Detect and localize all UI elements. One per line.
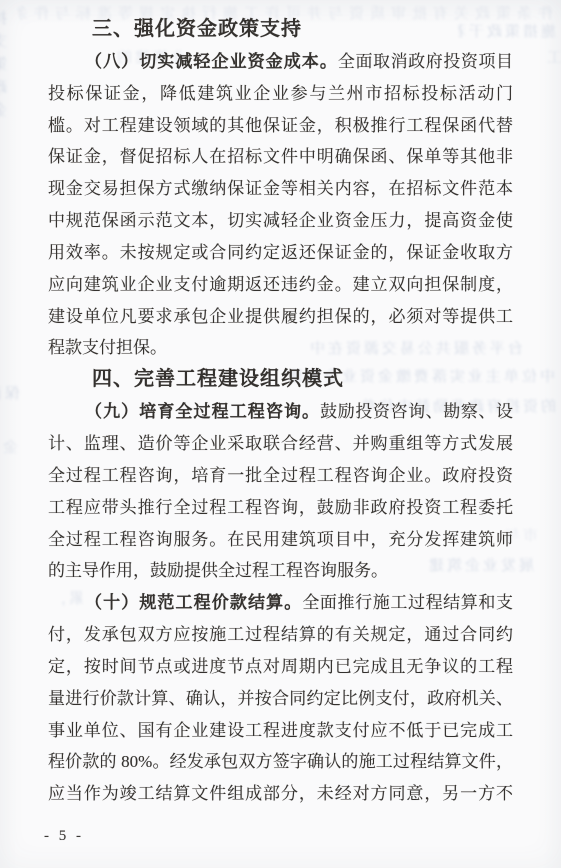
text-line: 现金交易担保方式缴纳保证金等相关内容，在招标文件范本 xyxy=(48,173,513,205)
text-line: 全过程工程咨询，培育一批全过程工程咨询企业。政府投资 xyxy=(48,460,513,492)
document-body: 三、强化资金政策支持（八）切实减轻企业资金成本。全面取消政府投资项目投标保证金，… xyxy=(48,14,513,810)
text-line: 中规范保函示范文本，切实减轻企业资金压力，提高资金使 xyxy=(48,205,513,237)
text-line: 付，发承包双方应按施工过程结算的有关规定，通过合同约 xyxy=(48,619,513,651)
bleedthrough-text: 持支策政金资化强 xyxy=(0,10,13,120)
clause-title: （八）切实减轻企业资金成本。 xyxy=(85,52,338,71)
text-line: 保证金，督促招标人在招标文件中明确保函、保单等其他非 xyxy=(48,141,513,173)
text-line: 工程应带头推行全过程工程咨询，鼓励非政府投资工程委托 xyxy=(48,492,513,524)
text-line: （十）规范工程价款结算。全面推行施工过程结算和支 xyxy=(48,587,513,619)
bleedthrough-text: 工 xyxy=(536,50,561,68)
document-page: 件条策政关有批审质资与并可许工施行执定规等准标与件条策政关有施措策政干若业筑建的… xyxy=(0,0,561,868)
text-line: 计、监理、造价等企业采取联合经营、并购重组等方式发展 xyxy=(48,428,513,460)
text-line: 全过程工程咨询服务。在民用建筑项目中，充分发挥建筑师 xyxy=(48,524,513,556)
bleedthrough-text: 金 xyxy=(0,440,18,458)
section-heading: 三、强化资金政策支持 xyxy=(48,14,513,46)
text-line: 定，按时间节点或进度节点对周期内已完成且无争议的工程 xyxy=(48,651,513,683)
text-line: 建设单位凡要求承包企业提供履约担保的，必须对等提供工 xyxy=(48,301,513,333)
text-line: 事业单位、国有企业建设工程进度款支付应不低于已完成工 xyxy=(48,715,513,747)
clause-title: （九）培育全过程工程咨询。 xyxy=(85,402,320,421)
text-line: 槛。对工程建设领域的其他保证金，积极推行工程保函代替 xyxy=(48,110,513,142)
section-heading: 四、完善工程建设组织模式 xyxy=(48,364,513,396)
text-line: 的主导作用，鼓励提供全过程工程咨询服务。 xyxy=(48,555,513,587)
text-line: 应向建筑业企业支付逾期返还违约金。建立双向担保制度， xyxy=(48,269,513,301)
bleedthrough-text: 保商 xyxy=(0,386,20,404)
text-line: 应当作为竣工结算文件组成部分，未经对方同意，另一方不 xyxy=(48,778,513,810)
text-line: 投标保证金，降低建筑业企业参与兰州市招标投标活动门 xyxy=(48,78,513,110)
text-line: （九）培育全过程工程咨询。鼓励投资咨询、勘察、设 xyxy=(48,396,513,428)
text-line: 程款支付担保。 xyxy=(48,332,513,364)
text-line: 用效率。未按规定或合同约定返还保证金的，保证金收取方 xyxy=(48,237,513,269)
page-number: - 5 - xyxy=(44,828,84,845)
text-line: （八）切实减轻企业资金成本。全面取消政府投资项目 xyxy=(48,46,513,78)
text-line: 程价款的 80%。经发承包双方签字确认的施工过程结算文件， xyxy=(48,746,513,778)
clause-title: （十）规范工程价款结算。 xyxy=(85,593,302,612)
text-line: 量进行价款计算、确认，并按合同约定比例支付，政府机关、 xyxy=(48,683,513,715)
